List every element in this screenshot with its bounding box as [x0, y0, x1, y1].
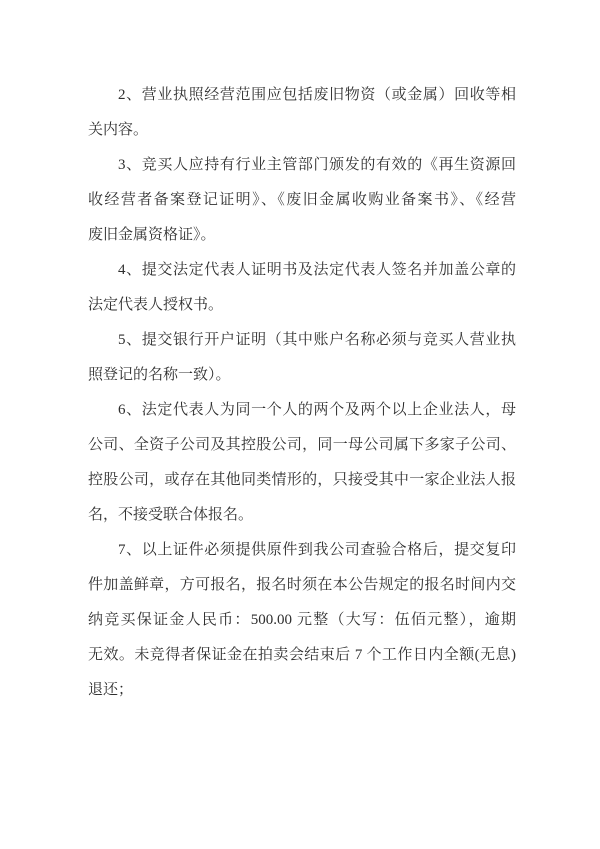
- text-line: 收经营者备案登记证明》、《废旧金属收购业备案书》、《经营: [88, 183, 516, 218]
- document-body: 2、营业执照经营范围应包括废旧物资（或金属）回收等相关内容。3、竞买人应持有行业…: [88, 78, 516, 708]
- text-line: 无效。未竞得者保证金在拍卖会结束后 7 个工作日内全额(无息): [88, 638, 516, 673]
- text-line: 退还；: [88, 673, 516, 708]
- paragraph-item-7: 7、以上证件必须提供原件到我公司查验合格后，提交复印件加盖鲜章，方可报名，报名时…: [88, 533, 516, 708]
- text-line: 控股公司，或存在其他同类情形的，只接受其中一家企业法人报: [88, 463, 516, 498]
- text-line: 名，不接受联合体报名。: [88, 498, 516, 533]
- document-page: 2、营业执照经营范围应包括废旧物资（或金属）回收等相关内容。3、竞买人应持有行业…: [0, 0, 600, 849]
- text-line: 4、提交法定代表人证明书及法定代表人签名并加盖公章的: [88, 253, 516, 288]
- text-line: 7、以上证件必须提供原件到我公司查验合格后，提交复印: [88, 533, 516, 568]
- text-line: 3、竞买人应持有行业主管部门颁发的有效的《再生资源回: [88, 148, 516, 183]
- text-line: 5、提交银行开户证明（其中账户名称必须与竞买人营业执: [88, 323, 516, 358]
- paragraph-item-6: 6、法定代表人为同一个人的两个及两个以上企业法人，母公司、全资子公司及其控股公司…: [88, 393, 516, 533]
- text-line: 废旧金属资格证》。: [88, 218, 516, 253]
- paragraph-item-2: 2、营业执照经营范围应包括废旧物资（或金属）回收等相关内容。: [88, 78, 516, 148]
- paragraph-item-5: 5、提交银行开户证明（其中账户名称必须与竞买人营业执照登记的名称一致）。: [88, 323, 516, 393]
- text-line: 法定代表人授权书。: [88, 288, 516, 323]
- paragraph-item-3: 3、竞买人应持有行业主管部门颁发的有效的《再生资源回收经营者备案登记证明》、《废…: [88, 148, 516, 253]
- paragraph-item-4: 4、提交法定代表人证明书及法定代表人签名并加盖公章的法定代表人授权书。: [88, 253, 516, 323]
- text-line: 照登记的名称一致）。: [88, 358, 516, 393]
- text-line: 件加盖鲜章，方可报名，报名时须在本公告规定的报名时间内交: [88, 568, 516, 603]
- text-line: 6、法定代表人为同一个人的两个及两个以上企业法人，母: [88, 393, 516, 428]
- text-line: 关内容。: [88, 113, 516, 148]
- text-line: 2、营业执照经营范围应包括废旧物资（或金属）回收等相: [88, 78, 516, 113]
- text-line: 公司、全资子公司及其控股公司，同一母公司属下多家子公司、: [88, 428, 516, 463]
- text-line: 纳竞买保证金人民币：500.00 元整（大写：伍佰元整），逾期: [88, 603, 516, 638]
